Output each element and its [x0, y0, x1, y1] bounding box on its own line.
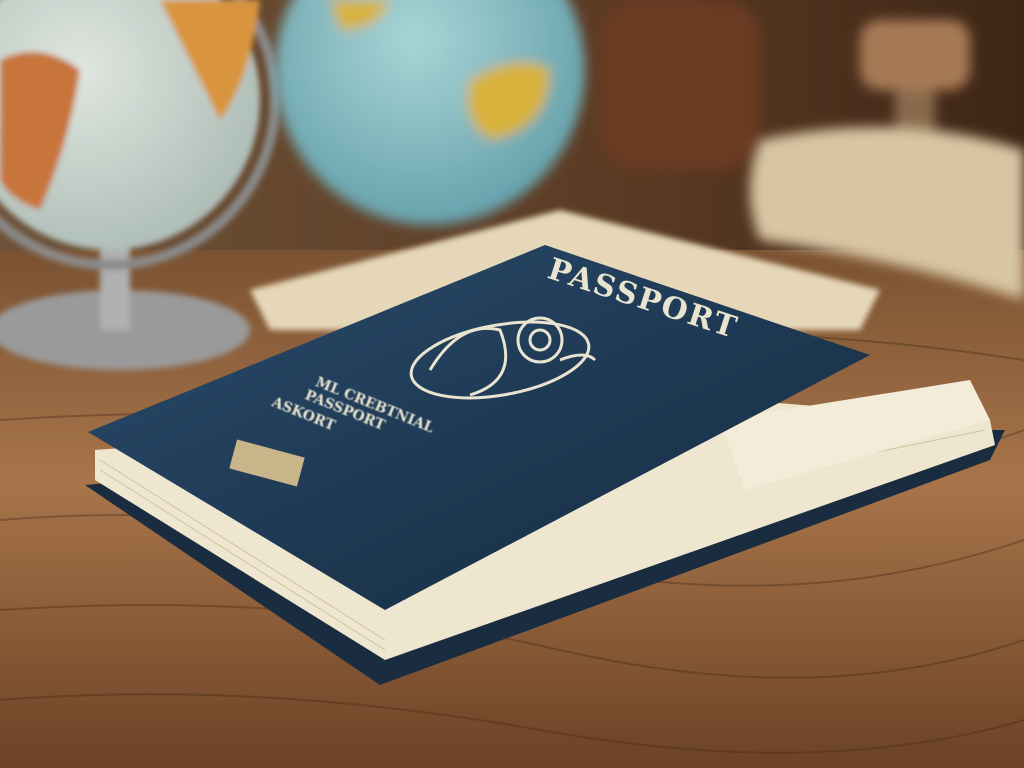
photo-scene: PASSPORT ML CREBTNIAL PASSPORT ASKORT — [0, 0, 1024, 768]
